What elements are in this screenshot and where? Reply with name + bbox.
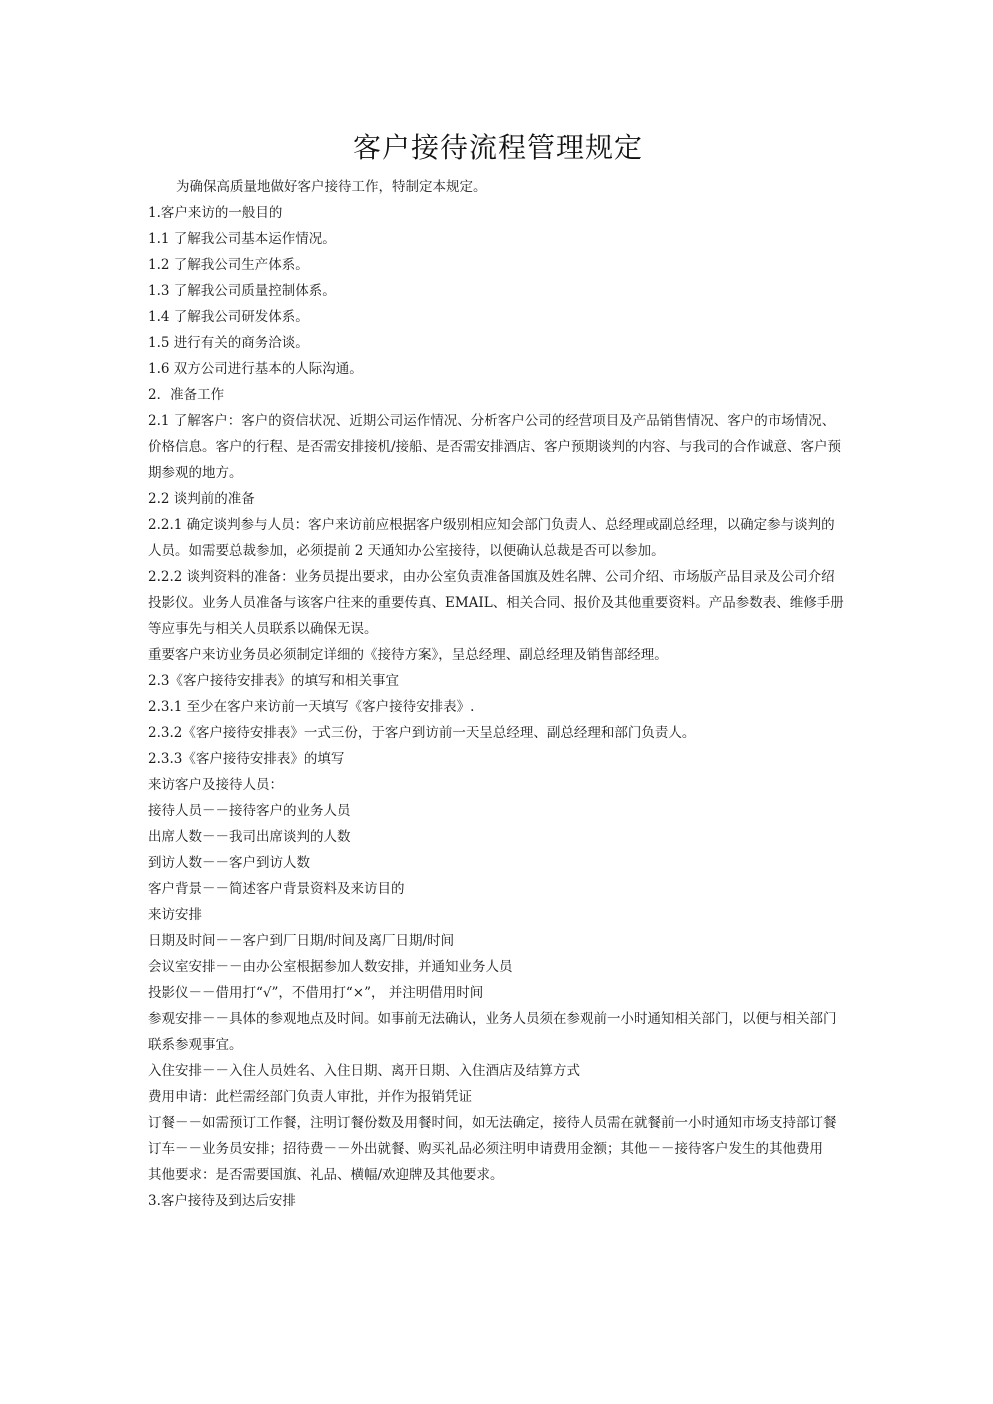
item-2-3-3: 2.3.3《客户接待安排表》的填写 (148, 746, 848, 772)
field-client-background: 客户背景－－简述客户背景资料及来访目的 (148, 876, 848, 902)
item-2-2-2: 2.2.2 谈判资料的准备：业务员提出要求，由办公室负责准备国旗及姓名牌、公司介… (148, 564, 848, 642)
section-1-heading: 1.客户来访的一般目的 (148, 200, 848, 226)
intro-paragraph: 为确保高质量地做好客户接待工作，特制定本规定。 (148, 174, 848, 200)
field-tour-arrangement: 参观安排－－具体的参观地点及时间。如事前无法确认，业务人员须在参观前一小时通知相… (148, 1006, 848, 1058)
item-1-6: 1.6 双方公司进行基本的人际沟通。 (148, 356, 848, 382)
field-other-requirements: 其他要求：是否需要国旗、礼品、横幅/欢迎牌及其他要求。 (148, 1162, 848, 1188)
visitor-and-staff-label: 来访客户及接待人员： (148, 772, 848, 798)
field-meeting-room: 会议室安排－－由办公室根据参加人数安排，并通知业务人员 (148, 954, 848, 980)
item-1-4: 1.4 了解我公司研发体系。 (148, 304, 848, 330)
item-1-5: 1.5 进行有关的商务洽谈。 (148, 330, 848, 356)
field-visitor-count: 到访人数－－客户到访人数 (148, 850, 848, 876)
item-2-2-1: 2.2.1 确定谈判参与人员：客户来访前应根据客户级别相应知会部门负责人、总经理… (148, 512, 848, 564)
item-2-2-heading: 2.2 谈判前的准备 (148, 486, 848, 512)
field-date-time: 日期及时间－－客户到厂日期/时间及离厂日期/时间 (148, 928, 848, 954)
field-expense-request: 费用申请：此栏需经部门负责人审批，并作为报销凭证 (148, 1084, 848, 1110)
item-2-3-heading: 2.3《客户接待安排表》的填写和相关事宜 (148, 668, 848, 694)
field-projector: 投影仪－－借用打“√”，不借用打“×”， 并注明借用时间 (148, 980, 848, 1006)
item-2-1: 2.1 了解客户：客户的资信状况、近期公司运作情况、分析客户公司的经营项目及产品… (148, 408, 848, 486)
section-3-heading: 3.客户接待及到达后安排 (148, 1188, 848, 1214)
field-attendee-count: 出席人数－－我司出席谈判的人数 (148, 824, 848, 850)
document-title: 客户接待流程管理规定 (148, 128, 848, 168)
field-accommodation: 入住安排－－入住人员姓名、入住日期、离开日期、入住酒店及结算方式 (148, 1058, 848, 1084)
section-2-heading: 2．准备工作 (148, 382, 848, 408)
document-page: 客户接待流程管理规定 为确保高质量地做好客户接待工作，特制定本规定。 1.客户来… (148, 128, 848, 1214)
important-client-note: 重要客户来访业务员必须制定详细的《接待方案》，呈总经理、副总经理及销售部经理。 (148, 642, 848, 668)
visit-arrangement-label: 来访安排 (148, 902, 848, 928)
item-1-1: 1.1 了解我公司基本运作情况。 (148, 226, 848, 252)
item-2-3-2: 2.3.2《客户接待安排表》一式三份，于客户到访前一天呈总经理、副总经理和部门负… (148, 720, 848, 746)
field-reception-staff: 接待人员－－接待客户的业务人员 (148, 798, 848, 824)
item-2-3-1: 2.3.1 至少在客户来访前一天填写《客户接待安排表》. (148, 694, 848, 720)
item-1-2: 1.2 了解我公司生产体系。 (148, 252, 848, 278)
item-1-3: 1.3 了解我公司质量控制体系。 (148, 278, 848, 304)
field-car-and-entertainment: 订车－－业务员安排；招待费－－外出就餐、购买礼品必须注明申请费用金额；其他－－接… (148, 1136, 848, 1162)
field-meal-booking: 订餐－－如需预订工作餐，注明订餐份数及用餐时间，如无法确定，接待人员需在就餐前一… (148, 1110, 848, 1136)
